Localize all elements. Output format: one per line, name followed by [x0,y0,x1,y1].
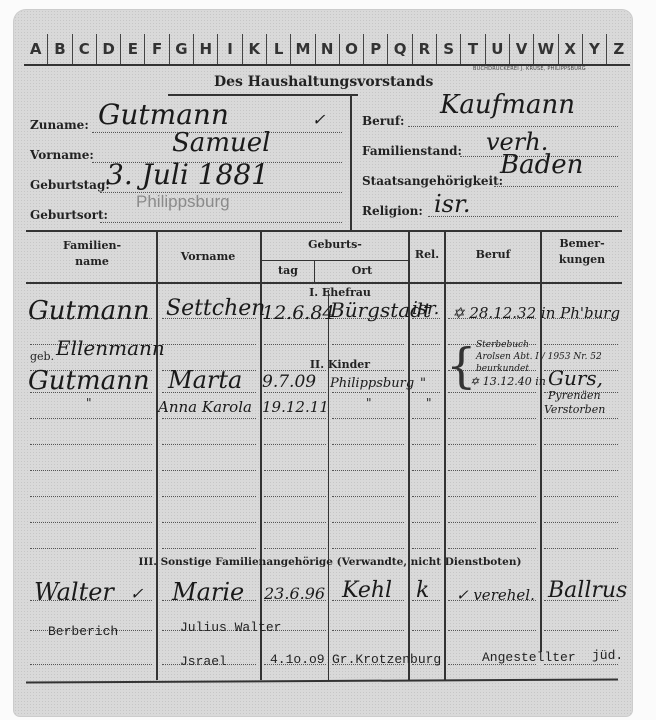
note-place-gurs: Gurs, [548,366,603,390]
row-line [544,418,618,419]
row-line [30,664,152,665]
alphabet-tab-n: N [316,34,340,64]
child-2-birth-date: 19.12.11 [262,398,329,416]
label-occupation: Beruf: [362,114,404,128]
divider [314,260,315,282]
alphabet-tab-f: F [145,34,169,64]
child-2-birth-place: " [366,396,372,410]
divider [350,94,352,230]
row-line [448,418,536,419]
label-first-name: Vorname: [30,148,94,162]
divider [262,260,408,261]
row-line [162,496,256,497]
row-line [162,444,256,445]
alphabet-tab-a: A [24,34,48,64]
row-line [412,344,440,345]
alphabet-tab-r: R [413,34,437,64]
other-first-name: Marie [172,578,244,606]
printer-imprint: BUCHDRUCKEREI J. KRUSE, PHILIPPSBURG [473,66,586,72]
row-line [264,344,326,345]
field-line [494,186,618,187]
row-line [162,344,256,345]
alphabet-tab-k: K [243,34,267,64]
row-line [412,522,440,523]
typed-birth-place: Gr.Krotzenburg [332,652,441,667]
typed-birth-date: 4.1o.o9 [270,652,325,667]
row-line [332,344,404,345]
alphabet-tab-v: V [510,34,534,64]
alphabet-tab-h: H [194,34,218,64]
column-divider [444,232,446,680]
header-birth-place: Ort [316,264,408,277]
note-death-register: Sterbebuch [476,340,529,351]
label-birth-place: Geburtsort: [30,208,108,222]
wife-religion: isr. [412,298,439,319]
wife-family-name: Gutmann [28,296,150,326]
field-line [408,126,618,127]
alphabet-tab-i: I [218,34,242,64]
other-religion: k [416,578,429,603]
alphabet-tab-e: E [121,34,145,64]
table-header-border [26,282,622,284]
child-1-first-name: Marta [168,366,242,394]
alphabet-tab-t: T [461,34,485,64]
row-line [30,522,152,523]
row-line [30,496,152,497]
row-line [332,548,404,549]
alphabet-tab-y: Y [583,34,607,64]
child-2-first-name: Anna Karola [158,398,252,416]
maiden-prefix: geb. [30,350,54,363]
label-citizenship: Staatsangehörigkeit: [362,174,503,188]
row-line [412,548,440,549]
column-divider [328,290,329,680]
alphabet-tab-p: P [364,34,388,64]
row-line [332,444,404,445]
row-line [264,418,326,419]
field-line [100,222,342,223]
row-line [30,444,152,445]
row-line [544,444,618,445]
value-surname: Gutmann [98,98,229,131]
header-occupation: Beruf [446,248,540,261]
other-birth-date: 23.6.96 [264,584,325,603]
check-mark: ✓ [312,110,325,129]
row-line [544,496,618,497]
row-line [332,630,404,631]
row-line [264,444,326,445]
row-line [448,496,536,497]
row-line [162,548,256,549]
divider [168,94,358,96]
row-line [448,522,536,523]
row-line [332,418,404,419]
header-first-name: Vorname [158,250,258,263]
alphabet-tab-q: Q [388,34,412,64]
wife-maiden-name: Ellenmann [56,336,165,360]
label-marital-status: Familienstand: [362,144,462,158]
label-birth-date: Geburtstag: [30,178,110,192]
row-line [544,548,618,549]
alphabet-tab-x: X [559,34,583,64]
value-religion: isr. [434,190,470,218]
row-line [544,470,618,471]
column-divider [156,232,158,680]
row-line [264,470,326,471]
alphabet-tab-d: D [97,34,121,64]
alphabet-tab-w: W [534,34,558,64]
row-line [162,470,256,471]
value-birth-date: 3. Juli 1881 [106,158,269,191]
row-line [448,630,536,631]
header-remarks: Bemer- kungen [542,236,622,268]
row-line [412,444,440,445]
other-family-name: Walter [34,578,114,606]
alphabet-tab-g: G [170,34,194,64]
stamp-birth-place: Philippsburg [136,192,230,212]
row-line [412,370,440,371]
alphabet-tab-u: U [486,34,510,64]
child-1-birth-date: 9.7.09 [262,372,316,392]
note-death-date: ✡ 13.12.40 in [470,376,546,387]
child-1-family-name: Gutmann [28,366,150,396]
other-birth-place: Kehl [342,578,392,603]
header-religion: Rel. [410,248,444,261]
row-line [264,548,326,549]
row-line [544,522,618,523]
wife-first-name: Settchen [166,296,265,321]
typed-religion: jüd. [592,648,623,663]
alphabet-tab-c: C [73,34,97,64]
row-line [162,418,256,419]
row-line [448,444,536,445]
row-line [412,496,440,497]
row-line [412,392,440,393]
row-line [30,418,152,419]
row-line [264,496,326,497]
row-line [412,470,440,471]
alphabet-tab-l: L [267,34,291,64]
header-birth: Geburts- [262,238,408,251]
alphabet-tab-o: O [340,34,364,64]
section-children: II. Kinder [300,358,380,371]
row-line [264,522,326,523]
header-birth-day: tag [262,264,314,277]
row-line [448,548,536,549]
row-line [412,630,440,631]
row-line [332,522,404,523]
typed-occupation: Angestellter [482,650,576,665]
check-mark: ✓ [130,584,143,603]
section-other-relatives: III. Sonstige Familienangehörige (Verwan… [120,556,540,568]
section-title-household-head: Des Haushaltungsvorstands [214,74,433,90]
row-line [412,418,440,419]
typed-family-name: Berberich [48,624,118,639]
row-line [332,496,404,497]
note-deceased: Verstorben [544,404,605,415]
row-line [162,522,256,523]
child-2-family-name: " [86,396,92,410]
value-first-name: Samuel [172,128,270,158]
alphabet-tab-m: M [291,34,315,64]
row-line [264,392,326,393]
row-line [448,470,536,471]
row-line [544,344,618,345]
child-1-religion: " [420,376,426,391]
alphabet-index-tabs: ABCDEFGHIKLMNOPQRSTUVWXYZ [24,34,630,66]
note-pyrenees: Pyrenäen [548,390,601,401]
row-line [30,548,152,549]
value-citizenship: Baden [500,150,583,180]
typed-first-name-2: Jsrael [180,654,227,669]
label-surname: Zuname: [30,118,89,132]
typed-first-name-1: Julius Walter [180,620,281,635]
other-occupation: ✓ verehel. [456,586,535,604]
row-line [332,392,404,393]
alphabet-tab-z: Z [607,34,630,64]
alphabet-tab-s: S [437,34,461,64]
label-religion: Religion: [362,204,423,218]
value-occupation: Kaufmann [440,90,575,120]
note-arolsen: Arolsen Abt. I / 1953 Nr. 52 [476,352,602,363]
other-remarks: Ballrus [548,578,627,603]
row-line [544,630,618,631]
wife-birth-date: 12.6.84 [262,302,335,324]
child-1-birth-place: Philippsburg [330,376,414,391]
note-certified: beurkundet [476,364,529,375]
table-top-border [26,230,622,232]
row-line [332,470,404,471]
child-2-religion: " [426,396,432,410]
row-line [30,470,152,471]
header-family-name: Familien- name [30,238,154,270]
alphabet-tab-b: B [48,34,72,64]
wife-death-note: ✡ 28.12.32 in Ph'burg [452,304,620,322]
column-divider [540,232,542,652]
